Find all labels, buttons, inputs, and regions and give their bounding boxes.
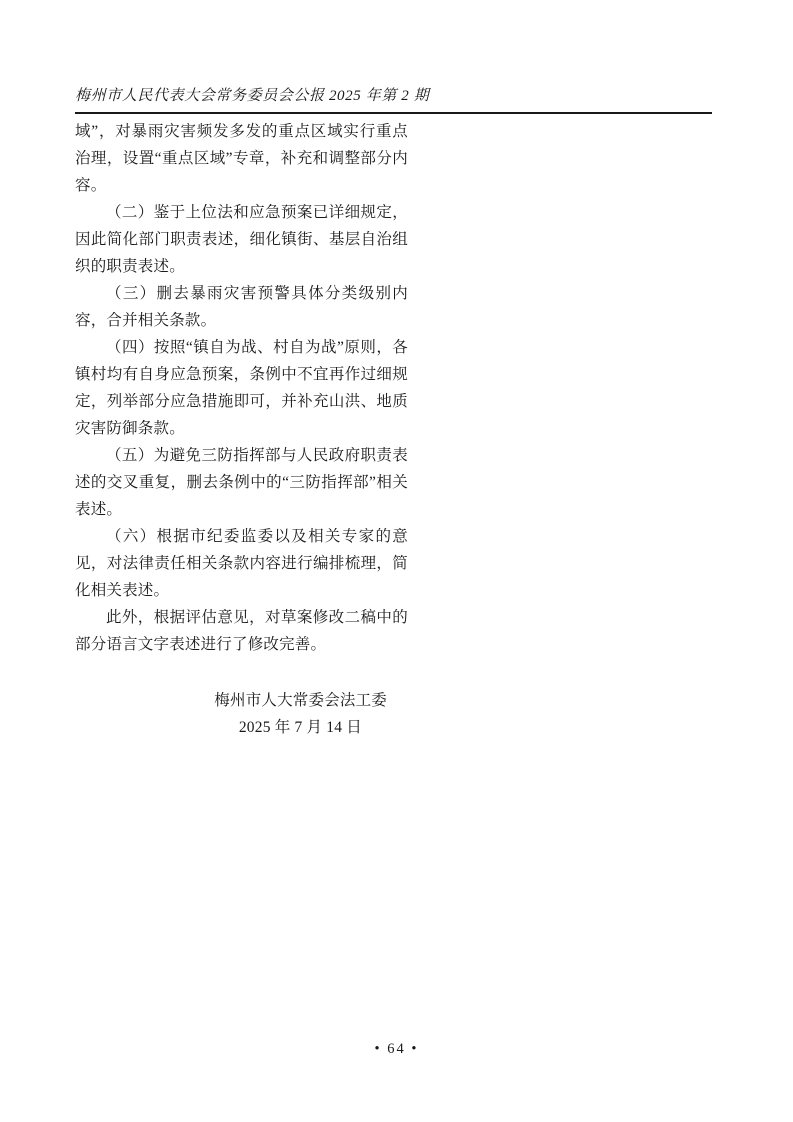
signature-block: 梅州市人大常委会法工委 2025 年 7 月 14 日 xyxy=(75,687,408,741)
signature-organization: 梅州市人大常委会法工委 xyxy=(75,687,408,714)
gazette-page: 梅州市人民代表大会常务委员会公报 2025 年第 2 期 域”，对暴雨灾害频发多… xyxy=(0,0,793,1122)
paragraph-item-5: （五）为避免三防指挥部与人民政府职责表述的交叉重复，删去条例中的“三防指挥部”相… xyxy=(75,442,408,523)
paragraph-item-2: （二）鉴于上位法和应急预案已详细规定，因此简化部门职责表述，细化镇街、基层自治组… xyxy=(75,199,408,280)
paragraph-item-6: （六）根据市纪委监委以及相关专家的意见，对法律责任相关条款内容进行编排梳理，简化… xyxy=(75,523,408,604)
paragraph-item-4: （四）按照“镇自为战、村自为战”原则，各镇村均有自身应急预案，条例中不宜再作过细… xyxy=(75,334,408,442)
signature-date: 2025 年 7 月 14 日 xyxy=(75,714,408,741)
page-number: • 64 • xyxy=(375,1041,419,1057)
paragraph-continuation: 域”，对暴雨灾害频发多发的重点区域实行重点治理，设置“重点区域”专章，补充和调整… xyxy=(75,118,408,199)
running-title: 梅州市人民代表大会常务委员会公报 2025 年第 2 期 xyxy=(75,88,712,105)
article-body: 域”，对暴雨灾害频发多发的重点区域实行重点治理，设置“重点区域”专章，补充和调整… xyxy=(75,118,408,741)
paragraph-closing: 此外，根据评估意见，对草案修改二稿中的部分语言文字表述进行了修改完善。 xyxy=(75,604,408,658)
header-rule xyxy=(75,112,712,114)
page-footer: • 64 • xyxy=(0,1040,793,1058)
paragraph-item-3: （三）删去暴雨灾害预警具体分类级别内容，合并相关条款。 xyxy=(75,280,408,334)
page-header: 梅州市人民代表大会常务委员会公报 2025 年第 2 期 xyxy=(75,88,712,114)
